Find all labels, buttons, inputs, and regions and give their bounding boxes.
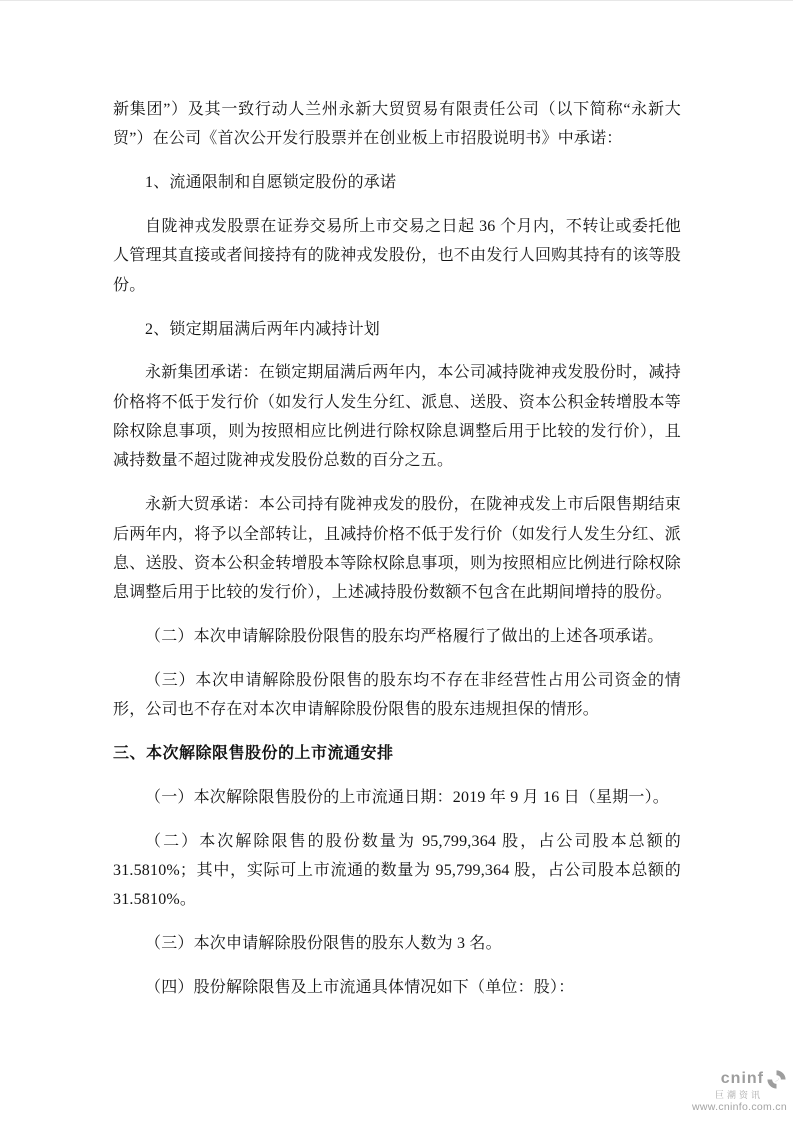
watermark-brand: cninf xyxy=(721,1070,764,1088)
body-paragraph: 自陇神戎发股票在证券交易所上市交易之日起 36 个月内，不转让或委托他人管理其直… xyxy=(113,212,681,300)
document-content: 新集团”）及其一致行动人兰州永新大贸贸易有限责任公司（以下简称“永新大贸”）在公… xyxy=(113,95,681,1017)
body-paragraph: 永新大贸承诺：本公司持有陇神戎发的股份，在陇神戎发上市后限售期结束后两年内，将予… xyxy=(113,490,681,607)
document-page: 新集团”）及其一致行动人兰州永新大贸贸易有限责任公司（以下简称“永新大贸”）在公… xyxy=(0,0,793,1122)
watermark-url: www.cninfo.com.cn xyxy=(692,1102,787,1114)
body-paragraph: （二）本次申请解除股份限售的股东均严格履行了做出的上述各项承诺。 xyxy=(113,622,681,651)
body-paragraph: （三）本次申请解除股份限售的股东人数为 3 名。 xyxy=(113,929,681,958)
cninfo-swirl-icon xyxy=(766,1069,787,1090)
body-paragraph: （四）股份解除限售及上市流通具体情况如下（单位：股）： xyxy=(113,973,681,1002)
page-top-border xyxy=(0,0,793,1)
subheading-1: 1、流通限制和自愿锁定股份的承诺 xyxy=(113,168,681,197)
body-paragraph: （二）本次解除限售的股份数量为 95,799,364 股，占公司股本总额的 31… xyxy=(113,827,681,915)
section-heading: 三、本次解除限售股份的上市流通安排 xyxy=(113,739,681,768)
body-paragraph: （三）本次申请解除股份限售的股东均不存在非经营性占用公司资金的情形，公司也不存在… xyxy=(113,666,681,725)
body-paragraph: （一）本次解除限售股份的上市流通日期：2019 年 9 月 16 日（星期一）。 xyxy=(113,783,681,812)
paragraph-continuation: 新集团”）及其一致行动人兰州永新大贸贸易有限责任公司（以下简称“永新大贸”）在公… xyxy=(113,95,681,154)
body-paragraph: 永新集团承诺：在锁定期届满后两年内，本公司减持陇神戎发股份时，减持价格将不低于发… xyxy=(113,358,681,475)
subheading-2: 2、锁定期届满后两年内减持计划 xyxy=(113,315,681,344)
cninfo-watermark: cninf 巨潮资讯 www.cninfo.com.cn xyxy=(692,1069,787,1114)
watermark-chinese-name: 巨潮资讯 xyxy=(692,1091,763,1101)
